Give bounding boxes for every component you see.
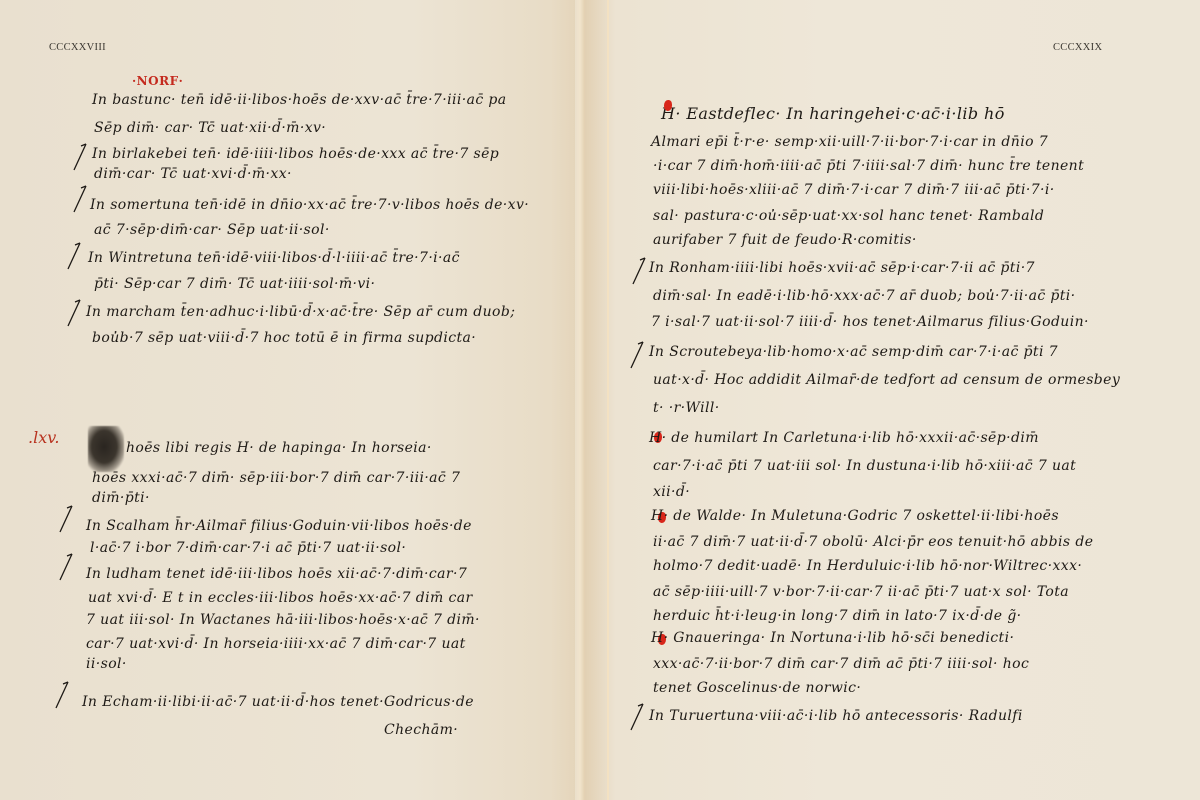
text-line: 7 i·sal·7 uat·ii·sol·7 iiii·d̄· hos tene… (651, 314, 1089, 330)
text-line: In Scalham h̄r·Ailmar̄ filius·Goduin·vii… (86, 518, 472, 534)
folio-number-left: CCCXXVIII (49, 42, 106, 53)
text-line: dim̄·sal· In eadē·i·lib·hō·xxx·ac̄·7 ar̄… (653, 288, 1076, 304)
paragraph-mark-icon (72, 180, 88, 216)
text-line: Almari ep̄i t̄·r·e· semp·xii·uill·7·ii·b… (651, 134, 1048, 150)
paragraph-mark-icon (629, 336, 645, 372)
chapter-number: .lxv. (28, 428, 59, 447)
text-line: hoēs libi regis H· de hapinga· In horsei… (126, 440, 432, 456)
text-line: H· de Walde· In Muletuna·Godric 7 oskett… (651, 508, 1059, 524)
text-line: In somertuna ten̄·idē in dn̄io·xx·ac̄ t̄… (90, 197, 529, 213)
text-line: In Ronham·iiii·libi hoēs·xvii·ac̄ sēp·i·… (649, 260, 1035, 276)
text-line: car·7 uat·xvi·d̄· In horseia·iiii·xx·ac̄… (86, 636, 466, 652)
text-line: uat·x·d̄· Hoc addidit Ailmar̄·de tedfort… (653, 372, 1120, 388)
paragraph-mark-icon (72, 138, 88, 174)
text-line: Chechām· (384, 722, 458, 738)
text-line: ·i·car 7 dim̄·hom̄·iiii·ac̄ p̄ti 7·iiii·… (653, 158, 1084, 174)
left-page: CCCXXVIII ·NORF· In bastunc· ten̄ idē·ii… (0, 0, 585, 800)
text-line: In birlakebei ten̄· idē·iiii·libos hoēs·… (92, 146, 499, 162)
text-line: ac̄ 7·sēp·dim̄·car· Sēp uat·ii·sol· (94, 222, 330, 238)
rubric-heading: ·NORF· (132, 74, 183, 88)
text-line: herduic h̄t·i·leug·in long·7 dim̄ in lat… (653, 608, 1022, 624)
text-line: xii·d̄· (653, 484, 690, 500)
text-line: H· Gnaueringa· In Nortuna·i·lib hō·sc̄i … (651, 630, 1014, 646)
text-line: aurifaber 7 fuit de feudo·R·comitis· (653, 232, 917, 248)
page-edge (575, 0, 585, 800)
text-line: l·ac̄·7 i·bor 7·dim̄·car·7·i ac̄ p̄ti·7 … (90, 540, 406, 556)
text-line: xxx·ac̄·7·ii·bor·7 dim̄ car·7 dim̄ ac̄ p… (653, 656, 1029, 672)
right-page: CCCXXIX H· Eastdeflec· In haringehei·c·a… (585, 0, 1200, 800)
text-line: Sēp dim̄· car· Tc̄ uat·xii·d̄·m̄·xv· (94, 120, 326, 136)
paragraph-mark-icon (58, 500, 74, 536)
paragraph-mark-icon (58, 548, 74, 584)
text-line: t· ·r·Will· (653, 400, 720, 416)
text-line: tenet Goscelinus·de norwic· (653, 680, 861, 696)
book-spread: CCCXXVIII ·NORF· In bastunc· ten̄ idē·ii… (0, 0, 1200, 800)
text-line: dim̄·car· Tc̄ uat·xvi·d̄·m̄·xx· (94, 166, 292, 182)
text-line: In Scroutebeya·lib·homo·x·ac̄ semp·dim̄ … (649, 344, 1058, 360)
paragraph-mark-icon (54, 676, 70, 712)
text-line: ii·ac̄ 7 dim̄·7 uat·ii·d̄·7 obolū· Alci·… (653, 534, 1093, 550)
text-line: ii·sol· (86, 656, 127, 672)
text-line: In marcham t̄en·adhuc·i·libū·d̄·x·ac̄·t̄… (86, 304, 515, 320)
text-line: In bastunc· ten̄ idē·ii·libos·hoēs de·xx… (92, 92, 507, 108)
text-line: In ludham tenet idē·iii·libos hoēs xii·a… (86, 566, 467, 582)
ink-blot-initial (88, 426, 124, 472)
paragraph-mark-icon (66, 237, 82, 273)
text-line: uat xvi·d̄· E t in eccles·iii·libos hoēs… (88, 590, 473, 606)
text-line: In Echam·ii·libi·ii·ac̄·7 uat·ii·d̄·hos … (82, 694, 474, 710)
text-line: viii·libi·hoēs·xliii·ac̄ 7 dim̄·7·i·car … (653, 182, 1055, 198)
text-line: In Wintretuna ten̄·idē·viii·libos·d̄·l·i… (88, 250, 460, 266)
text-line: In Turuertuna·viii·ac̄·i·lib hō antecess… (649, 708, 1023, 724)
text-line: car·7·i·ac̄ p̄ti 7 uat·iii sol· In dustu… (653, 458, 1076, 474)
folio-number-right: CCCXXIX (1053, 42, 1102, 53)
text-line: dim̄·p̄ti· (92, 490, 150, 506)
text-line: 7 uat iii·sol· In Wactanes hā·iii·libos·… (86, 612, 480, 628)
text-line: sal· pastura·c·ou̓·sēp·uat·xx·sol hanc t… (653, 208, 1044, 224)
paragraph-mark-icon (66, 294, 82, 330)
text-line: H· de humilart In Carletuna·i·lib hō·xxx… (649, 430, 1039, 446)
gutter-line (607, 0, 609, 800)
paragraph-mark-icon (629, 698, 645, 734)
text-line: hoēs xxxi·ac̄·7 dim̄· sēp·iii·bor·7 dim̄… (92, 470, 460, 486)
text-line: bou̓b·7 sēp uat·viii·d̄·7 hoc totū ē in … (92, 330, 476, 346)
text-line: ac̄ sēp·iiii·uill·7 v·bor·7·ii·car·7 ii·… (653, 584, 1069, 600)
paragraph-mark-icon (631, 252, 647, 288)
text-line: holmo·7 dedit·uadē· In Herduluic·i·lib h… (653, 558, 1082, 574)
text-line: p̄ti· Sēp·car 7 dim̄· Tc̄ uat·iiii·sol·m… (94, 276, 375, 292)
text-line: H· Eastdeflec· In haringehei·c·ac̄·i·lib… (661, 104, 1005, 123)
